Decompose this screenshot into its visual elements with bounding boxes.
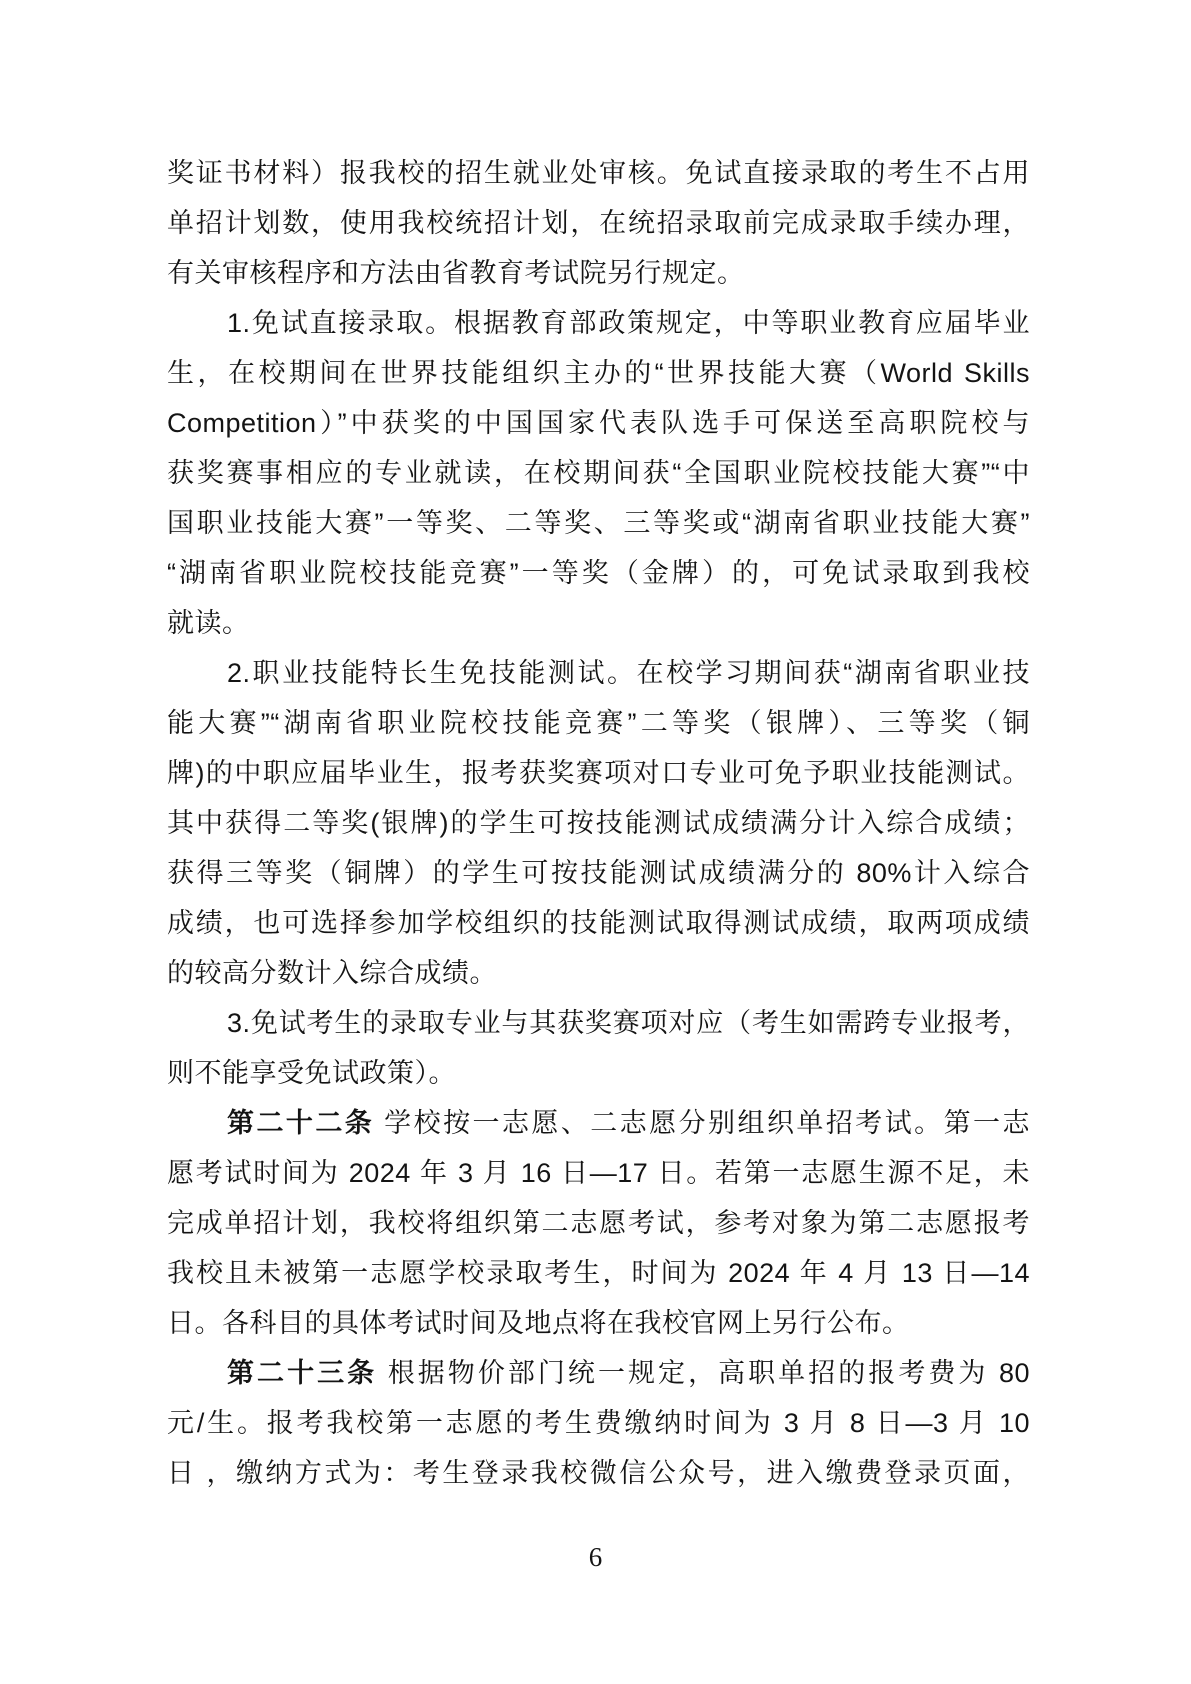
body-text: 日。各科目的具体考试时间及地点将在我校官网上另行公布。 (167, 1308, 910, 1338)
article-heading-text: 第二十二条 (227, 1108, 374, 1138)
body-text: 1.免试直接录取。根据教育部政策规定，中等职业教育应届毕业 (227, 308, 1030, 338)
body-text: Competition）”中获奖的中国国家代表队选手可保送至高职院校与 (167, 408, 1030, 438)
text-line: 生，在校期间在世界技能组织主办的“世界技能大赛（World Skills (167, 348, 1030, 398)
text-line: 有关审核程序和方法由省教育考试院另行规定。 (167, 248, 1030, 298)
text-line: 愿考试时间为 2024 年 3 月 16 日—17 日。若第一志愿生源不足，未 (167, 1148, 1030, 1198)
document-page: 奖证书材料）报我校的招生就业处审核。免试直接录取的考生不占用单招计划数，使用我校… (0, 0, 1191, 1684)
text-line: 元/生。报考我校第一志愿的考生费缴纳时间为 3 月 8 日—3 月 10 (167, 1398, 1030, 1448)
text-line: 奖证书材料）报我校的招生就业处审核。免试直接录取的考生不占用 (167, 148, 1030, 198)
text-line: 其中获得二等奖(银牌)的学生可按技能测试成绩满分计入综合成绩； (167, 798, 1030, 848)
body-text: 有关审核程序和方法由省教育考试院另行规定。 (167, 258, 745, 288)
body-text: 完成单招计划，我校将组织第二志愿考试，参考对象为第二志愿报考 (167, 1208, 1030, 1238)
text-line: 单招计划数，使用我校统招计划，在统招录取前完成录取手续办理， (167, 198, 1030, 248)
text-line: 第二十二条 学校按一志愿、二志愿分别组织单招考试。第一志 (167, 1098, 1030, 1148)
body-text: 获得三等奖（铜牌）的学生可按技能测试成绩满分的 80%计入综合 (167, 858, 1030, 888)
text-line: 我校且未被第一志愿学校录取考生，时间为 2024 年 4 月 13 日—14 (167, 1248, 1030, 1298)
text-line: 的较高分数计入综合成绩。 (167, 948, 1030, 998)
text-line: 能大赛”“湖南省职业院校技能竞赛”二等奖（银牌）、三等奖（铜 (167, 698, 1030, 748)
text-line: 日 ，缴纳方式为：考生登录我校微信公众号，进入缴费登录页面， (167, 1448, 1030, 1498)
text-line: 第二十三条 根据物价部门统一规定，高职单招的报考费为 80 (167, 1348, 1030, 1398)
article-heading-text: 第二十三条 (227, 1358, 377, 1388)
text-line: 则不能享受免试政策）。 (167, 1048, 1030, 1098)
body-text: 学校按一志愿、二志愿分别组织单招考试。第一志 (374, 1108, 1030, 1138)
text-line: 获奖赛事相应的专业就读，在校期间获“全国职业院校技能大赛”“中 (167, 448, 1030, 498)
text-line: 日。各科目的具体考试时间及地点将在我校官网上另行公布。 (167, 1298, 1030, 1348)
body-text: 单招计划数，使用我校统招计划，在统招录取前完成录取手续办理， (167, 208, 1030, 238)
text-line: 就读。 (167, 598, 1030, 648)
body-text: 3.免试考生的录取专业与其获奖赛项对应（考生如需跨专业报考， (227, 1008, 1030, 1038)
body-text: 日 ，缴纳方式为：考生登录我校微信公众号，进入缴费登录页面， (167, 1458, 1030, 1488)
body-text: 根据物价部门统一规定，高职单招的报考费为 80 (377, 1358, 1030, 1388)
body-text: 生，在校期间在世界技能组织主办的“世界技能大赛（World Skills (167, 358, 1030, 388)
text-line: 完成单招计划，我校将组织第二志愿考试，参考对象为第二志愿报考 (167, 1198, 1030, 1248)
document-text-block: 奖证书材料）报我校的招生就业处审核。免试直接录取的考生不占用单招计划数，使用我校… (167, 148, 1030, 1498)
text-line: 2.职业技能特长生免技能测试。在校学习期间获“湖南省职业技 (167, 648, 1030, 698)
body-text: 愿考试时间为 2024 年 3 月 16 日—17 日。若第一志愿生源不足，未 (167, 1158, 1030, 1188)
body-text: 其中获得二等奖(银牌)的学生可按技能测试成绩满分计入综合成绩； (167, 808, 1030, 838)
body-text: 奖证书材料）报我校的招生就业处审核。免试直接录取的考生不占用 (167, 158, 1030, 188)
text-line: 获得三等奖（铜牌）的学生可按技能测试成绩满分的 80%计入综合 (167, 848, 1030, 898)
body-text: “湖南省职业院校技能竞赛”一等奖（金牌）的，可免试录取到我校 (167, 558, 1030, 588)
page-number: 6 (0, 1540, 1191, 1574)
body-text: 能大赛”“湖南省职业院校技能竞赛”二等奖（银牌）、三等奖（铜 (167, 708, 1030, 738)
text-line: 成绩，也可选择参加学校组织的技能测试取得测试成绩，取两项成绩 (167, 898, 1030, 948)
body-text: 的较高分数计入综合成绩。 (167, 958, 497, 988)
text-line: 牌)的中职应届毕业生，报考获奖赛项对口专业可免予职业技能测试。 (167, 748, 1030, 798)
body-text: 则不能享受免试政策）。 (167, 1058, 456, 1088)
body-text: 获奖赛事相应的专业就读，在校期间获“全国职业院校技能大赛”“中 (167, 458, 1030, 488)
text-line: 1.免试直接录取。根据教育部政策规定，中等职业教育应届毕业 (167, 298, 1030, 348)
text-line: 3.免试考生的录取专业与其获奖赛项对应（考生如需跨专业报考， (167, 998, 1030, 1048)
body-text: 2.职业技能特长生免技能测试。在校学习期间获“湖南省职业技 (227, 658, 1030, 688)
text-line: Competition）”中获奖的中国国家代表队选手可保送至高职院校与 (167, 398, 1030, 448)
body-text: 就读。 (167, 608, 250, 638)
body-text: 成绩，也可选择参加学校组织的技能测试取得测试成绩，取两项成绩 (167, 908, 1030, 938)
text-line: “湖南省职业院校技能竞赛”一等奖（金牌）的，可免试录取到我校 (167, 548, 1030, 598)
body-text: 国职业技能大赛”一等奖、二等奖、三等奖或“湖南省职业技能大赛” (167, 508, 1030, 538)
body-text: 牌)的中职应届毕业生，报考获奖赛项对口专业可免予职业技能测试。 (167, 758, 1030, 788)
text-line: 国职业技能大赛”一等奖、二等奖、三等奖或“湖南省职业技能大赛” (167, 498, 1030, 548)
body-text: 我校且未被第一志愿学校录取考生，时间为 2024 年 4 月 13 日—14 (167, 1258, 1030, 1288)
body-text: 元/生。报考我校第一志愿的考生费缴纳时间为 3 月 8 日—3 月 10 (167, 1408, 1030, 1438)
